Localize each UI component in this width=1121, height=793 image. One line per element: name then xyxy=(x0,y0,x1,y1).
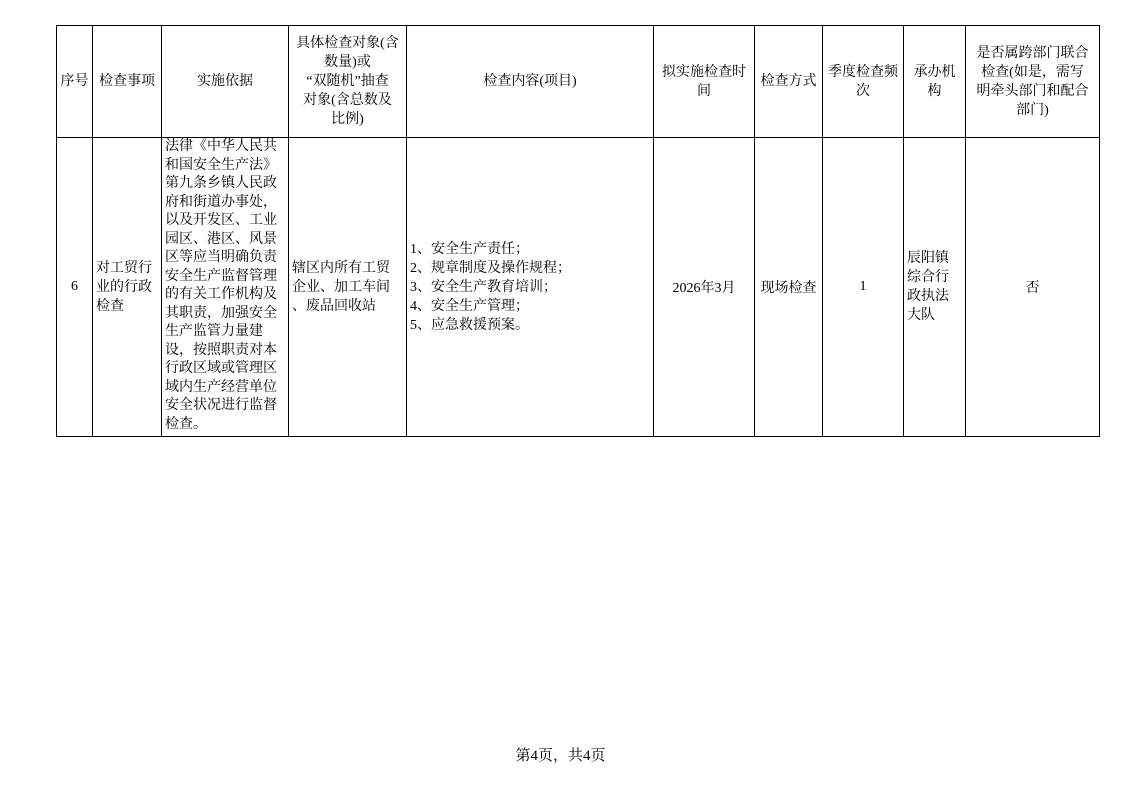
header-inspection-content: 检查内容(项目) xyxy=(407,26,654,138)
header-inspection-method: 检查方式 xyxy=(755,26,823,138)
cell-inspection-item: 对工贸行业的行政检查 xyxy=(93,138,162,437)
inspection-plan-table: 序号 检查事项 实施依据 具体检查对象(含 数量)或 “双随机”抽查 对象(含总… xyxy=(56,25,1100,437)
document-page: 序号 检查事项 实施依据 具体检查对象(含 数量)或 “双随机”抽查 对象(含总… xyxy=(0,0,1121,793)
cell-implementation-basis: 法律《中华人民共和国安全生产法》第九条乡镇人民政府和街道办事处，以及开发区、工业… xyxy=(162,138,289,437)
header-inspection-item: 检查事项 xyxy=(93,26,162,138)
header-planned-time: 拟实施检查时 间 xyxy=(654,26,755,138)
cell-seq-number: 6 xyxy=(57,138,93,437)
header-undertaking-agency: 承办机 构 xyxy=(904,26,966,138)
table-data-row: 6 对工贸行业的行政检查 法律《中华人民共和国安全生产法》第九条乡镇人民政府和街… xyxy=(57,138,1100,437)
header-joint-inspection: 是否属跨部门联合 检查(如是，需写 明牵头部门和配合 部门) xyxy=(966,26,1100,138)
header-seq-number: 序号 xyxy=(57,26,93,138)
cell-inspection-method: 现场检查 xyxy=(755,138,823,437)
cell-inspection-content: 1、安全生产责任； 2、规章制度及操作规程； 3、安全生产教育培训； 4、安全生… xyxy=(407,138,654,437)
cell-planned-time: 2026年3月 xyxy=(654,138,755,437)
cell-undertaking-agency: 辰阳镇综合行政执法大队 xyxy=(904,138,966,437)
cell-quarterly-frequency: 1 xyxy=(823,138,904,437)
table-header-row: 序号 检查事项 实施依据 具体检查对象(含 数量)或 “双随机”抽查 对象(含总… xyxy=(57,26,1100,138)
header-implementation-basis: 实施依据 xyxy=(162,26,289,138)
header-quarterly-frequency: 季度检查频 次 xyxy=(823,26,904,138)
page-number-footer: 第4页，共4页 xyxy=(0,747,1121,765)
cell-inspection-target: 辖区内所有工贸企业、加工车间、废品回收站 xyxy=(289,138,407,437)
cell-joint-inspection: 否 xyxy=(966,138,1100,437)
header-inspection-target: 具体检查对象(含 数量)或 “双随机”抽查 对象(含总数及 比例) xyxy=(289,26,407,138)
